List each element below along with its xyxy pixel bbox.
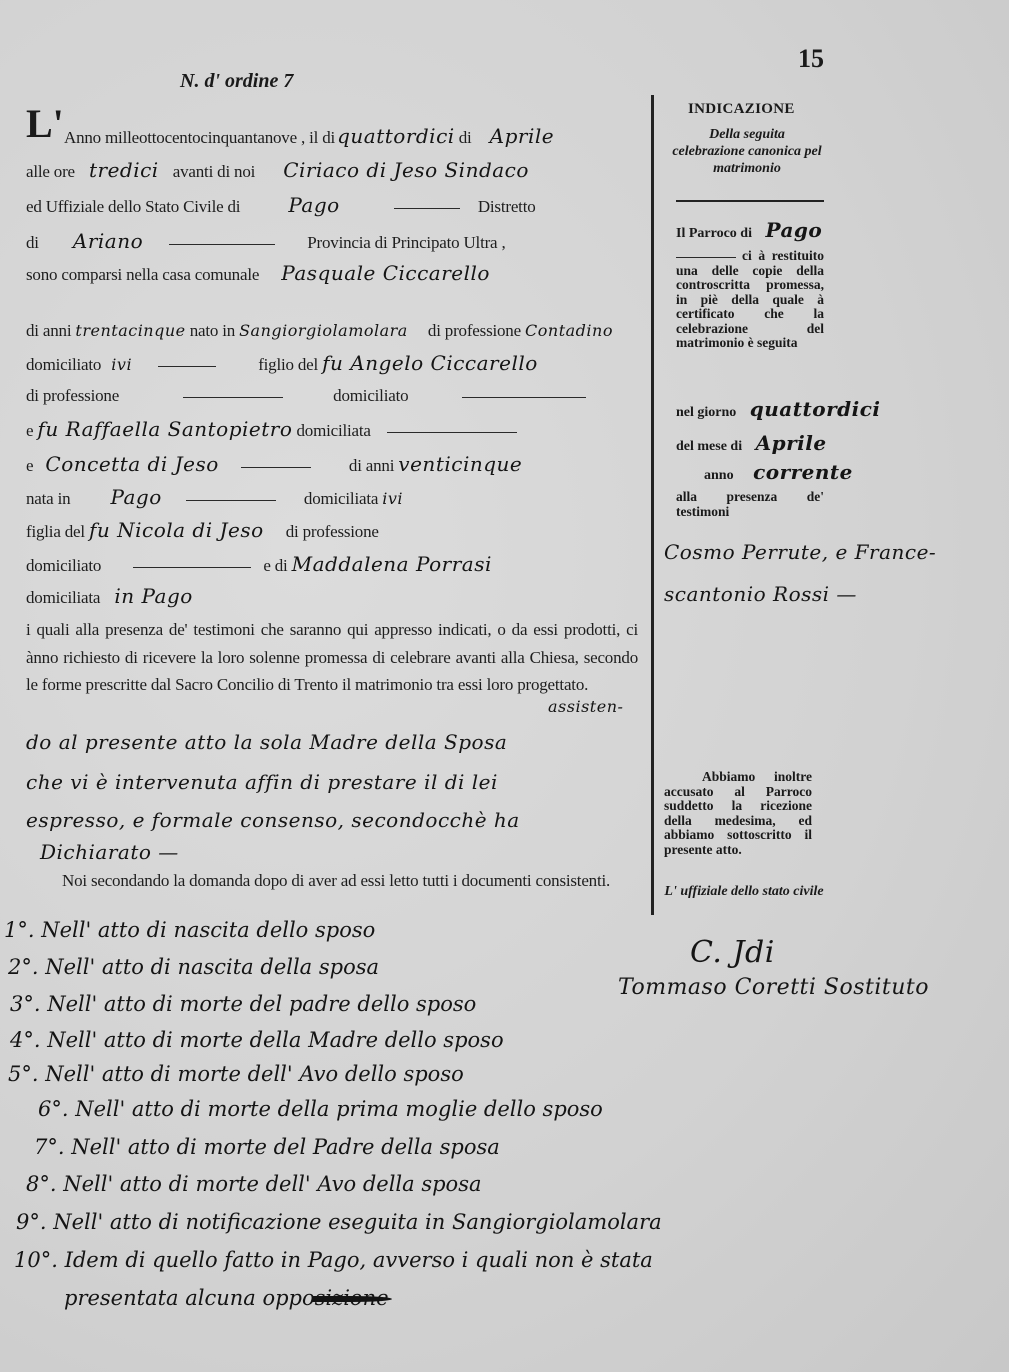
sidebar-rule	[676, 200, 824, 202]
addendum-line-0: assisten-	[548, 697, 623, 716]
addendum-line-4: Dichiarato —	[40, 840, 179, 864]
hour: tredici	[89, 158, 159, 182]
witnesses-line-2: scantonio Rossi —	[664, 582, 857, 606]
bride-mother-residence: in Pago	[114, 584, 192, 608]
documents-intro: Noi secondando la domanda dopo di aver a…	[26, 867, 638, 895]
bride-father: fu Nicola di Jeso	[89, 518, 264, 542]
body-paragraph: i quali alla presenza de' testimoni che …	[26, 616, 638, 699]
form-line-4: di Ariano Provincia di Principato Ultra …	[26, 229, 506, 253]
sidebar-title: INDICAZIONE	[688, 101, 795, 118]
bride-birthplace: Pago	[110, 485, 161, 509]
form-line-9: e fu Raffaella Santopietro domiciliata	[26, 417, 517, 441]
form-line-11: nata in Pago domiciliata ivi	[26, 485, 403, 509]
restitution-text: ci à restituito una delle copie della co…	[676, 249, 824, 351]
marriage-month: Aprile	[490, 124, 554, 148]
bride-mother: Maddalena Porrasi	[292, 552, 492, 576]
document-item-3: 3°. Nell' atto di morte del padre dello …	[10, 992, 476, 1016]
form-line-1: Anno milleottocentocinquantanove , il di…	[64, 124, 554, 148]
day-row: nel giorno quattordici	[676, 397, 880, 421]
signature-initial: C. Jdi	[690, 935, 775, 970]
town: Pago	[288, 193, 339, 217]
addendum-line-3: espresso, e formale consenso, secondocch…	[26, 808, 520, 832]
parish-value: Pago	[765, 218, 822, 242]
closing-flourish	[312, 1296, 392, 1302]
form-line-13: domiciliato e di Maddalena Porrasi	[26, 552, 492, 576]
civil-record-page: 15 N. d' ordine 7 L' Anno milleottocento…	[0, 0, 1009, 1372]
sidebar-subtitle: Della seguita celebrazione canonica pel …	[672, 126, 822, 177]
groom-father: fu Angelo Ciccarello	[322, 351, 538, 375]
month-value: Aprile	[756, 431, 827, 455]
addendum-line-1: do al presente atto la sola Madre della …	[26, 730, 507, 754]
document-item-7: 7°. Nell' atto di morte del Padre della …	[34, 1135, 500, 1159]
bride-residence: ivi	[382, 489, 403, 508]
groom-birthplace: Sangiorgiolamolara	[239, 321, 408, 340]
form-line-5: sono comparsi nella casa comunale Pasqua…	[26, 261, 490, 285]
order-number: N. d' ordine 7	[180, 70, 293, 93]
official-name: Ciriaco di Jeso Sindaco	[283, 158, 529, 182]
drop-cap: L'	[26, 104, 64, 144]
document-item-1: 1°. Nell' atto di nascita dello sposo	[4, 918, 375, 942]
document-item-4: 4°. Nell' atto di morte della Madre dell…	[10, 1028, 504, 1052]
witnesses-label: alla presenza de' testimoni	[676, 490, 824, 519]
groom-name: Pasquale Ciccarello	[281, 261, 490, 285]
marriage-day: quattordici	[337, 124, 455, 148]
addendum-line-2: che vi è intervenuta affin di prestare i…	[26, 770, 498, 794]
form-line-8: di professione domiciliato	[26, 386, 586, 406]
year-value: corrente	[753, 460, 853, 484]
officer-label: L' uffiziale dello stato civile	[664, 883, 824, 900]
form-line-10: e Concetta di Jeso di anni venticinque	[26, 452, 522, 476]
form-line-6: di anni trentacinque nato in Sangiorgiol…	[26, 321, 613, 341]
witnesses-line-1: Cosmo Perrute, e France-	[664, 540, 936, 564]
groom-age: trentacinque	[75, 321, 185, 340]
day-value: quattordici	[750, 397, 881, 421]
groom-profession: Contadino	[525, 321, 613, 340]
document-item-6: 6°. Nell' atto di morte della prima mogl…	[38, 1097, 603, 1121]
column-divider	[651, 95, 654, 915]
form-line-7: domiciliato ivi figlio del fu Angelo Cic…	[26, 351, 538, 375]
bride-name: Concetta di Jeso	[45, 452, 218, 476]
bride-age: venticinque	[398, 452, 522, 476]
document-item-5: 5°. Nell' atto di morte dell' Avo dello …	[8, 1062, 464, 1086]
closing-text: Abbiamo inoltre accusato al Parroco sudd…	[664, 770, 812, 857]
form-line-3: ed Uffiziale dello Stato Civile di Pago …	[26, 193, 536, 217]
form-line-2: alle ore tredici avanti di noi Ciriaco d…	[26, 158, 529, 182]
groom-residence: ivi	[111, 355, 132, 374]
year-row: anno corrente	[704, 460, 853, 484]
form-line-14: domiciliata in Pago	[26, 584, 193, 608]
document-item-9: 9°. Nell' atto di notificazione eseguita…	[16, 1210, 662, 1234]
page-number: 15	[798, 44, 824, 74]
district: Ariano	[73, 229, 143, 253]
document-item-10: 10°. Idem di quello fatto in Pago, avver…	[14, 1248, 653, 1272]
parish-row: Il Parroco di Pago	[676, 218, 822, 242]
document-item-2: 2°. Nell' atto di nascita della sposa	[8, 955, 379, 979]
groom-mother: fu Raffaella Santopietro	[37, 417, 292, 441]
signature-substitute: Tommaso Coretti Sostituto	[618, 975, 929, 1000]
form-line-12: figlia del fu Nicola di Jeso di professi…	[26, 518, 379, 542]
month-row: del mese di Aprile	[676, 431, 827, 455]
document-item-8: 8°. Nell' atto di morte dell' Avo della …	[26, 1172, 482, 1196]
